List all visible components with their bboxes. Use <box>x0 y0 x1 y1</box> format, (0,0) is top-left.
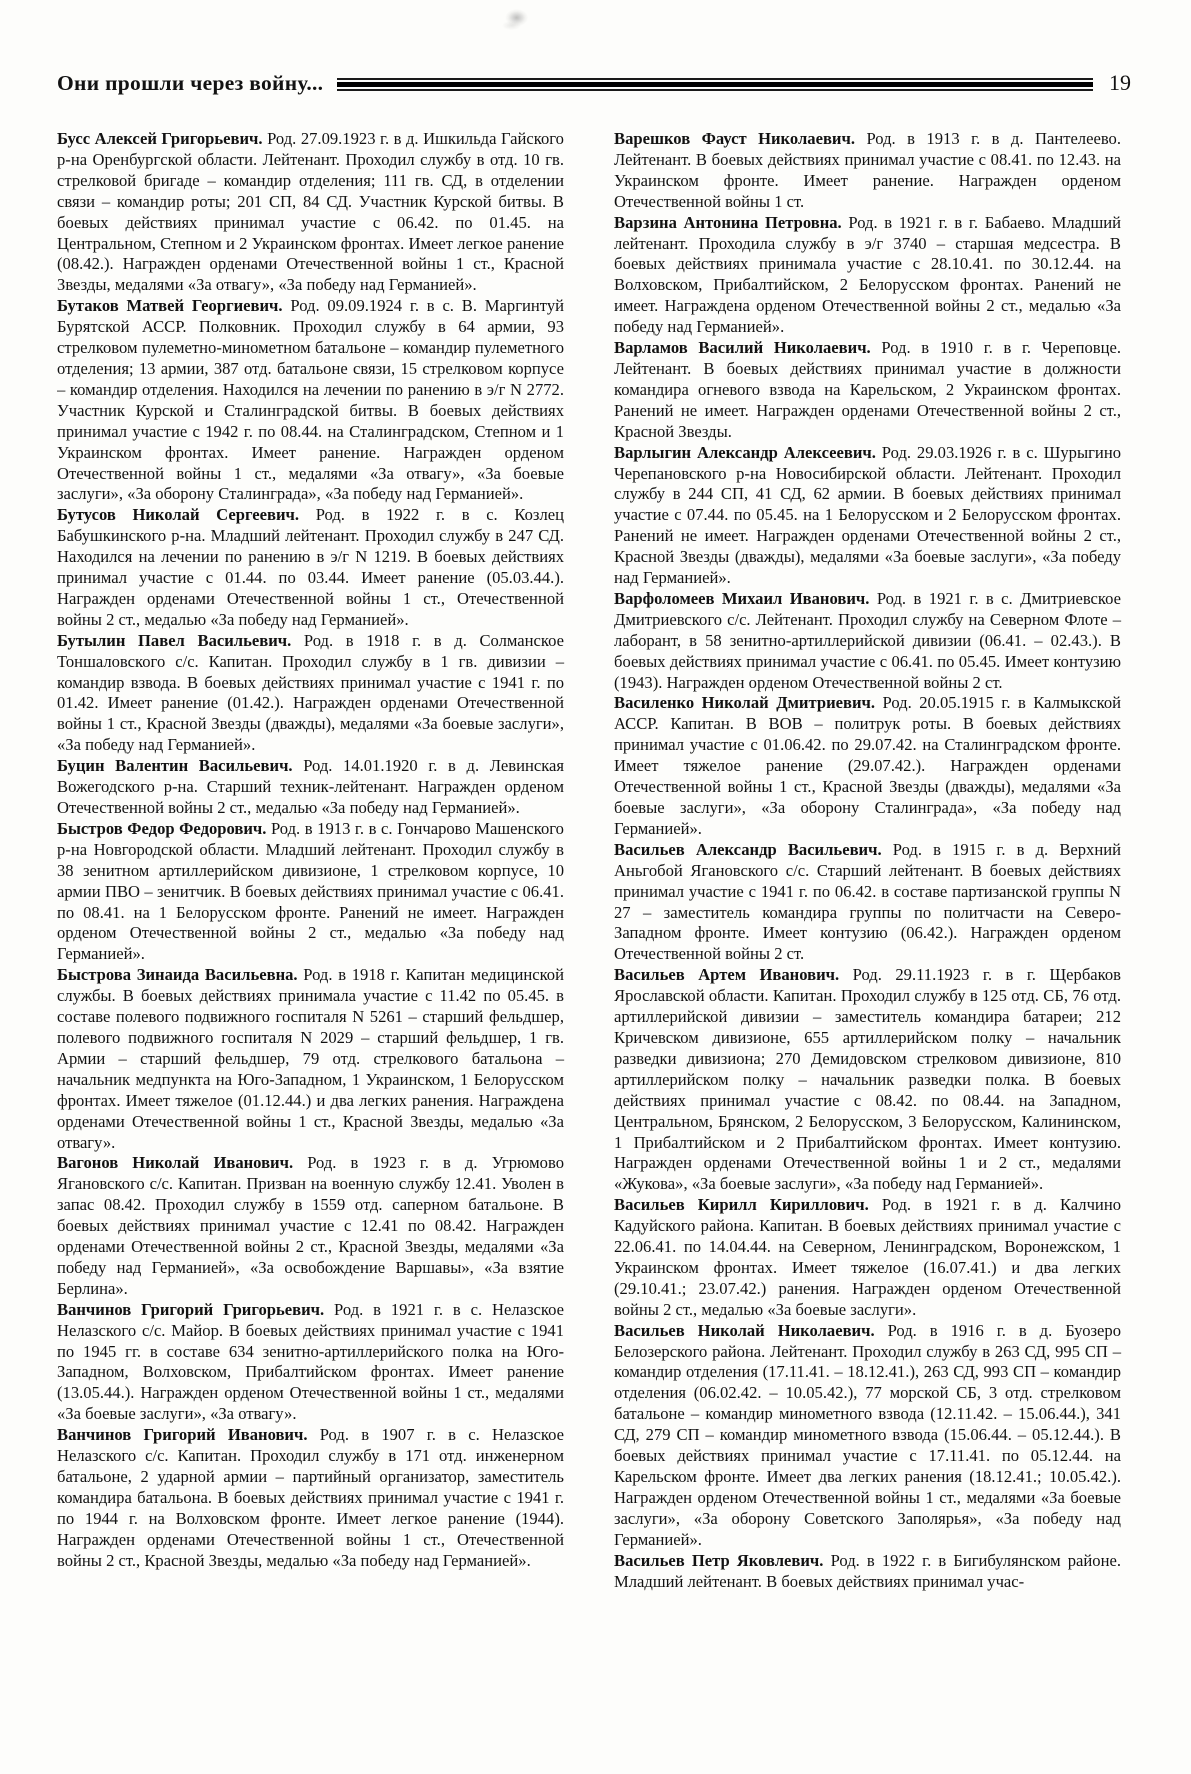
biography-entry: Васильев Александр Васильевич. Род. в 19… <box>614 840 1121 965</box>
biography-entry: Бутусов Николай Сергеевич. Род. в 1922 г… <box>57 505 564 630</box>
entry-name: Буцин Валентин Васильевич. <box>57 756 293 775</box>
biography-entry: Ванчинов Григорий Иванович. Род. в 1907 … <box>57 1425 564 1571</box>
entry-name: Васильев Артем Иванович. <box>614 965 839 984</box>
entry-name: Васильев Петр Яковлевич. <box>614 1551 823 1570</box>
entry-name: Василенко Николай Дмитриевич. <box>614 693 875 712</box>
column-right: Варешков Фауст Николаевич. Род. в 1913 г… <box>614 129 1121 1734</box>
entry-text: Род. 27.09.1923 г. в д. Ишкильда Гайског… <box>57 129 564 294</box>
biography-entry: Варламов Василий Николаевич. Род. в 1910… <box>614 338 1121 443</box>
biography-entry: Васильев Кирилл Кириллович. Род. в 1921 … <box>614 1195 1121 1320</box>
page-number: 19 <box>1109 70 1131 96</box>
entry-name: Бусс Алексей Григорьевич. <box>57 129 263 148</box>
running-title: Они прошли через войну... <box>57 71 323 96</box>
entry-name: Ванчинов Григорий Григорьевич. <box>57 1300 324 1319</box>
entry-name: Быстрова Зинаида Васильевна. <box>57 965 298 984</box>
biography-entry: Вагонов Николай Иванович. Род. в 1923 г.… <box>57 1153 564 1299</box>
entry-name: Ванчинов Григорий Иванович. <box>57 1425 307 1444</box>
entry-name: Варзина Антонина Петровна. <box>614 213 842 232</box>
entry-name: Быстров Федор Федорович. <box>57 819 266 838</box>
biography-entry: Варзина Антонина Петровна. Род. в 1921 г… <box>614 213 1121 338</box>
entry-name: Васильев Александр Васильевич. <box>614 840 882 859</box>
biography-entry: Бусс Алексей Григорьевич. Род. 27.09.192… <box>57 129 564 296</box>
rule-line-bottom <box>337 89 1093 91</box>
entry-text: Род. в 1916 г. в д. Буозеро Белозерского… <box>614 1321 1121 1549</box>
page-header: Они прошли через войну... 19 <box>57 70 1131 96</box>
entry-text: Род. в 1923 г. в д. Угрюмово Ягановского… <box>57 1153 564 1297</box>
biography-entry: Быстрова Зинаида Васильевна. Род. в 1918… <box>57 965 564 1153</box>
entry-name: Варфоломеев Михаил Иванович. <box>614 589 869 608</box>
biography-entry: Васильев Артем Иванович. Род. 29.11.1923… <box>614 965 1121 1195</box>
entry-name: Васильев Кирилл Кириллович. <box>614 1195 869 1214</box>
biography-entry: Васильев Петр Яковлевич. Род. в 1922 г. … <box>614 1551 1121 1593</box>
biography-entry: Ванчинов Григорий Григорьевич. Род. в 19… <box>57 1300 564 1425</box>
entry-name: Варлыгин Александр Алексеевич. <box>614 443 876 462</box>
book-page: Они прошли через войну... 19 Бусс Алексе… <box>0 0 1191 1774</box>
entry-name: Бутусов Николай Сергеевич. <box>57 505 299 524</box>
biography-entry: Василенко Николай Дмитриевич. Род. 20.05… <box>614 693 1121 839</box>
biography-entry: Бутаков Матвей Георгиевич. Род. 09.09.19… <box>57 296 564 505</box>
entry-name: Васильев Николай Николаевич. <box>614 1321 875 1340</box>
entry-text: Род. 29.11.1923 г. в г. Щербаков Ярослав… <box>614 965 1121 1193</box>
biography-entry: Буцин Валентин Васильевич. Род. 14.01.19… <box>57 756 564 819</box>
rule-line-middle <box>337 82 1093 87</box>
entry-text: Род. в 1907 г. в с. Нелазское Нелазского… <box>57 1425 564 1569</box>
column-left: Бусс Алексей Григорьевич. Род. 27.09.192… <box>57 129 564 1734</box>
entry-name: Бутылин Павел Васильевич. <box>57 631 291 650</box>
entry-text: Род. 29.03.1926 г. в с. Шурыгино Черепан… <box>614 443 1121 587</box>
entry-text: Род. 09.09.1924 г. в с. В. Маргинтуй Бур… <box>57 296 564 503</box>
header-rule <box>337 78 1093 91</box>
biography-entry: Варлыгин Александр Алексеевич. Род. 29.0… <box>614 443 1121 589</box>
entry-text: Род. в 1918 г. Капитан медицинской служб… <box>57 965 564 1151</box>
entry-name: Бутаков Матвей Георгиевич. <box>57 296 283 315</box>
biography-entry: Васильев Николай Николаевич. Род. в 1916… <box>614 1321 1121 1551</box>
entry-name: Вагонов Николай Иванович. <box>57 1153 293 1172</box>
biography-entry: Варешков Фауст Николаевич. Род. в 1913 г… <box>614 129 1121 213</box>
scan-smudge <box>498 6 532 32</box>
biography-entry: Бутылин Павел Васильевич. Род. в 1918 г.… <box>57 631 564 756</box>
entry-name: Варламов Василий Николаевич. <box>614 338 871 357</box>
biography-entry: Варфоломеев Михаил Иванович. Род. в 1921… <box>614 589 1121 694</box>
text-columns: Бусс Алексей Григорьевич. Род. 27.09.192… <box>57 129 1134 1734</box>
entry-text: Род. в 1913 г. в с. Гончарово Машенского… <box>57 819 564 963</box>
biography-entry: Быстров Федор Федорович. Род. в 1913 г. … <box>57 819 564 965</box>
entry-name: Варешков Фауст Николаевич. <box>614 129 855 148</box>
rule-line-top <box>337 78 1093 80</box>
entry-text: Род. 20.05.1915 г. в Калмыкской АССР. Ка… <box>614 693 1121 837</box>
